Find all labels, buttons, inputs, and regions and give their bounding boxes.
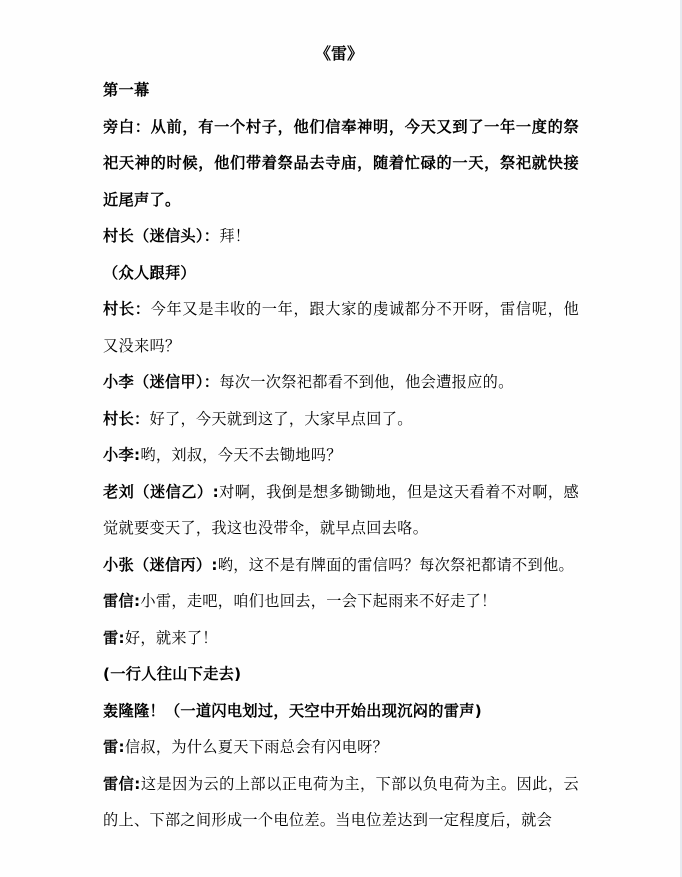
- dialogue-text: 这是因为云的上部以正电荷为主，下部以负电荷为主。因此，云的上、下部之间形成一个电…: [103, 775, 579, 830]
- dialogue-line: 村长：好了，今天就到这了，大家早点回了。: [103, 401, 579, 438]
- document-body: 《雷》 第一幕 旁白：从前，有一个村子，他们信奉神明，今天又到了一年一度的祭祀天…: [103, 36, 579, 839]
- document-page: 《雷》 第一幕 旁白：从前，有一个村子，他们信奉神明，今天又到了一年一度的祭祀天…: [0, 0, 682, 877]
- dialogue-line: 雷:好，就来了！: [103, 620, 579, 657]
- narration-paragraph: 旁白：从前，有一个村子，他们信奉神明，今天又到了一年一度的祭祀天神的时候，他们带…: [103, 109, 579, 219]
- dialogue-line: 小李（迷信甲）：每次一次祭祀都看不到他，他会遭报应的。: [103, 364, 579, 401]
- dialogue-text: 哟，刘叔，今天不去锄地吗？: [140, 446, 341, 464]
- stage-direction: （众人跟拜）: [103, 255, 579, 292]
- narration-text: 从前，有一个村子，他们信奉神明，今天又到了一年一度的祭祀天神的时候，他们带着祭品…: [103, 118, 579, 209]
- speaker-label: 雷:: [103, 629, 125, 647]
- act-heading: 第一幕: [103, 72, 579, 109]
- dialogue-text: 拜！: [219, 227, 250, 245]
- stage-direction: (一行人往山下走去): [103, 656, 579, 693]
- speaker-label: 雷:: [103, 738, 125, 756]
- speaker-label: 雷信:: [103, 592, 140, 610]
- document-title: 《雷》: [99, 36, 579, 72]
- dialogue-line: 老刘（迷信乙）:对啊，我倒是想多锄锄地，但是这天看着不对啊，感觉就要变天了，我这…: [103, 474, 579, 547]
- dialogue-text: 好，就来了！: [125, 629, 218, 647]
- dialogue-line: 雷信:小雷，走吧，咱们也回去，一会下起雨来不好走了！: [103, 583, 579, 620]
- speaker-label: 村长（迷信头）：: [103, 227, 219, 245]
- dialogue-line: 雷:信叔，为什么夏天下雨总会有闪电呀？: [103, 729, 579, 766]
- dialogue-line: 雷信:这是因为云的上部以正电荷为主，下部以负电荷为主。因此，云的上、下部之间形成…: [103, 766, 579, 839]
- speaker-label: 老刘（迷信乙）:: [103, 483, 219, 501]
- dialogue-text: 小雷，走吧，咱们也回去，一会下起雨来不好走了！: [140, 592, 496, 610]
- dialogue-line: 村长：今年又是丰收的一年，跟大家的虔诚都分不开呀，雷信呢，他又没来吗？: [103, 291, 579, 364]
- speaker-label: 旁白：: [103, 118, 151, 136]
- speaker-label: 村长：: [103, 300, 151, 318]
- speaker-label: 小张（迷信丙）:: [103, 556, 218, 574]
- dialogue-line: 小张（迷信丙）:哟，这不是有牌面的雷信吗？每次祭祀都请不到他。: [103, 547, 579, 584]
- speaker-label: 雷信:: [103, 775, 141, 793]
- dialogue-text: 今年又是丰收的一年，跟大家的虔诚都分不开呀，雷信呢，他又没来吗？: [103, 300, 579, 355]
- dialogue-text: 信叔，为什么夏天下雨总会有闪电呀？: [125, 738, 388, 756]
- dialogue-line: 小李:哟，刘叔，今天不去锄地吗？: [103, 437, 579, 474]
- speaker-label: 村长：: [103, 410, 149, 428]
- speaker-label: 小李（迷信甲）：: [103, 373, 219, 391]
- dialogue-text: 哟，这不是有牌面的雷信吗？每次祭祀都请不到他。: [218, 556, 574, 574]
- dialogue-text: 每次一次祭祀都看不到他，他会遭报应的。: [219, 373, 513, 391]
- stage-direction: 轰隆隆！（一道闪电划过，天空中开始出现沉闷的雷声): [103, 693, 579, 730]
- speaker-label: 小李:: [103, 446, 140, 464]
- dialogue-line: 村长（迷信头）：拜！: [103, 218, 579, 255]
- dialogue-text: 好了，今天就到这了，大家早点回了。: [149, 410, 412, 428]
